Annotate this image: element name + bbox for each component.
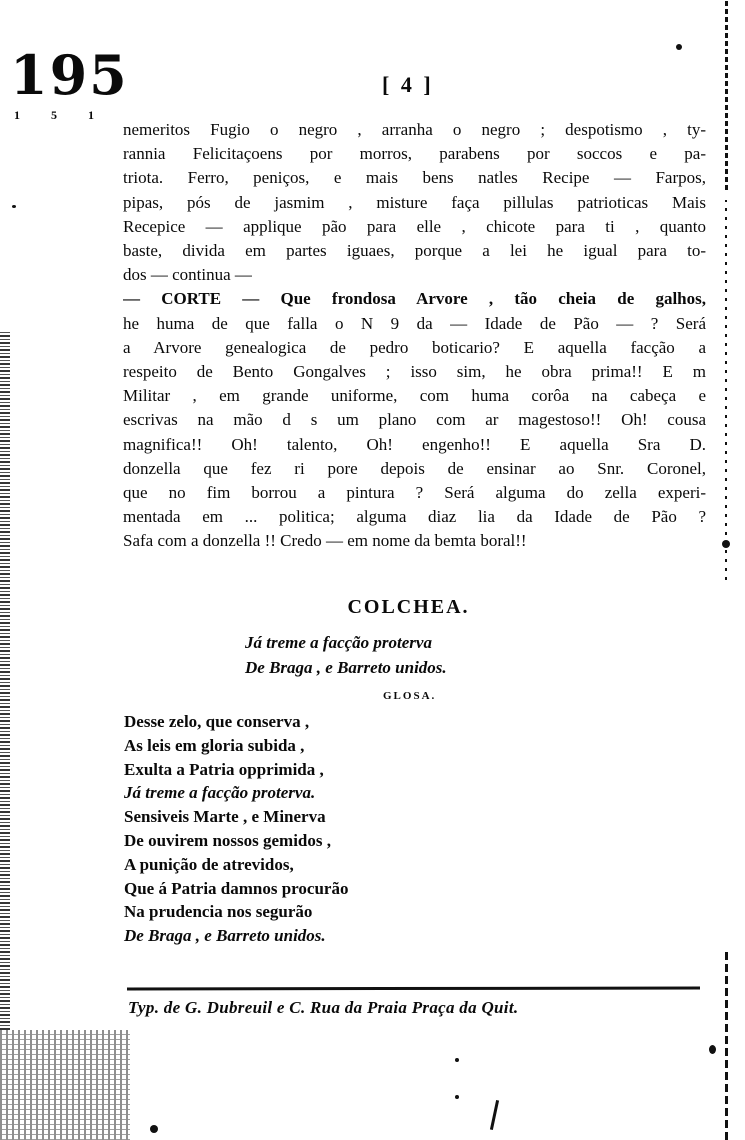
article-line: dos — continua — xyxy=(123,263,706,287)
right-margin-rule xyxy=(725,950,728,1140)
article-line: Recepice — applique pão para elle , chic… xyxy=(123,215,706,239)
article-line: que no fim borrou a pintura ? Será algum… xyxy=(123,481,706,505)
printer-imprint: Typ. de G. Dubreuil e C. Rua da Praia Pr… xyxy=(128,998,518,1018)
scan-speck xyxy=(709,1045,716,1054)
scan-speck xyxy=(722,540,730,548)
verse-line: A punição de atrevidos, xyxy=(124,853,348,877)
poem-verses: Desse zelo, que conserva , As leis em gl… xyxy=(124,710,348,948)
verse-line: Já treme a facção proterva. xyxy=(124,781,348,805)
article-line: escrivas na mão d s um plano com ar mage… xyxy=(123,408,706,432)
right-margin-rule xyxy=(725,200,727,580)
scan-speck xyxy=(150,1125,158,1133)
motto-line: De Braga , e Barreto unidos. xyxy=(245,655,447,680)
verse-line: Exulta a Patria opprimida , xyxy=(124,758,348,782)
page-number: [ 4 ] xyxy=(382,72,434,98)
verse-line: De Braga , e Barreto unidos. xyxy=(124,924,348,948)
verse-line: Na prudencia nos segurão xyxy=(124,900,348,924)
verse-line: Desse zelo, que conserva , xyxy=(124,710,348,734)
article-line: nemeritos Fugio o negro , arranha o negr… xyxy=(123,118,706,142)
sheet-number: 195 xyxy=(10,48,129,102)
article-line-section-corte: — CORTE — Que frondosa Arvore , tão chei… xyxy=(123,287,706,311)
verse-line: Sensiveis Marte , e Minerva xyxy=(124,805,348,829)
article-line: he huma de que falla o N 9 da — Idade de… xyxy=(123,312,706,336)
sheet-number-sub: 1 5 1 xyxy=(14,108,108,123)
poem-motto: Já treme a facção proterva De Braga , e … xyxy=(245,630,447,680)
verse-line: De ouvirem nossos gemidos , xyxy=(124,829,348,853)
article-body: nemeritos Fugio o negro , arranha o negr… xyxy=(123,118,706,554)
newspaper-page: 195 1 5 1 [ 4 ] nemeritos Fugio o negro … xyxy=(0,0,745,1140)
article-line: rannia Felicitaçoens por morros, paraben… xyxy=(123,142,706,166)
right-margin-rule xyxy=(725,0,728,190)
article-line: respeito de Bento Gongalves ; isso sim, … xyxy=(123,360,706,384)
verse-line: Que á Patria damnos procurão xyxy=(124,877,348,901)
scan-speck xyxy=(455,1095,459,1099)
scan-mark xyxy=(490,1100,499,1130)
article-line: a Arvore genealogica de pedro boticario?… xyxy=(123,336,706,360)
footer-rule xyxy=(127,986,700,990)
article-line: Safa com a donzella !! Credo — em nome d… xyxy=(123,529,706,553)
article-line: baste, divida em partes iguaes, porque a… xyxy=(123,239,706,263)
scan-speck xyxy=(676,44,682,50)
motto-line: Já treme a facção proterva xyxy=(245,630,447,655)
article-line: mentada em ... politica; alguma diaz lia… xyxy=(123,505,706,529)
scan-speck xyxy=(12,205,16,208)
article-line: magnifica!! Oh! talento, Oh! engenho!! E… xyxy=(123,433,706,457)
article-line: donzella que fez ri pore depois de ensin… xyxy=(123,457,706,481)
poem-title: COLCHEA. xyxy=(0,596,745,619)
glosa-label: GLOSA. xyxy=(383,690,436,702)
bottom-left-scan-noise xyxy=(0,1030,130,1140)
verse-line: As leis em gloria subida , xyxy=(124,734,348,758)
article-line: pipas, pós de jasmim , misture faça pill… xyxy=(123,191,706,215)
article-line: triota. Ferro, peniços, e mais bens natl… xyxy=(123,166,706,190)
scan-speck xyxy=(455,1058,459,1062)
left-margin-scan-noise xyxy=(0,330,10,1030)
article-line: Militar , em grande uniforme, com huma c… xyxy=(123,384,706,408)
